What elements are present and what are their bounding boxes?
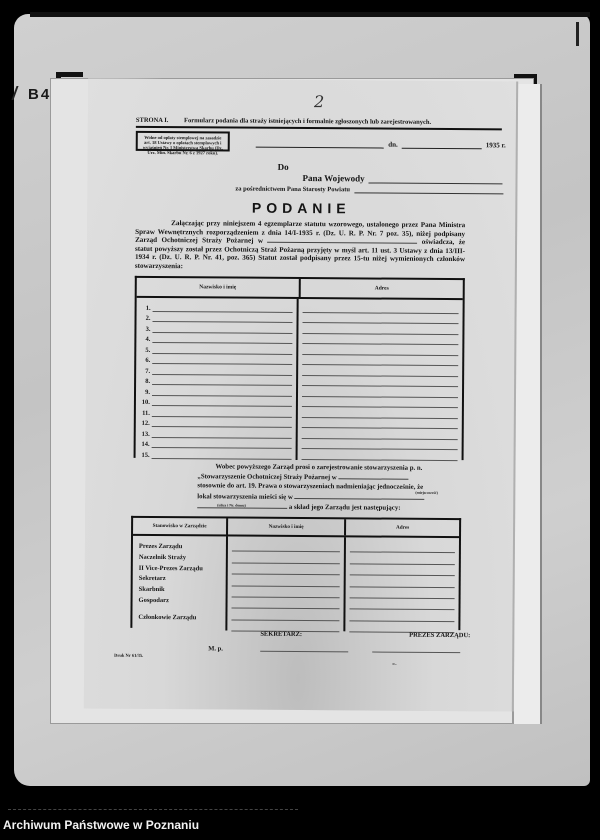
- stamp-fee-exemption-box: Wolne od opłaty stemplowej na zasadzie a…: [136, 131, 230, 152]
- member-row: 10.: [136, 395, 296, 407]
- member-row: 13.: [136, 427, 296, 439]
- edge-mark: [576, 22, 579, 46]
- addressee-starosta: za pośrednictwem Pana Starosty Powiatu: [235, 186, 503, 195]
- print-number: Druk Nr 61/35.: [114, 653, 143, 658]
- form-sheet: 2 STRONA I. Formularz podania dla straży…: [84, 79, 518, 712]
- column-header-name: Nazwisko i imię: [137, 278, 301, 297]
- date-line: dn. 1935 r.: [256, 140, 506, 150]
- column-header-position: Stanowisko w Zarządzie: [133, 518, 228, 535]
- member-row: 14.: [136, 437, 296, 449]
- document-title: PODANIE: [87, 199, 515, 218]
- film-edge-dots: [8, 808, 298, 810]
- locality-blank: [267, 237, 417, 244]
- stray-mark: =-: [392, 663, 397, 668]
- column-header-address: Adres: [346, 519, 459, 536]
- role-president: Prezes Zarządu: [139, 542, 226, 553]
- board-address-column: [345, 537, 459, 632]
- handwritten-page-number: 2: [314, 92, 324, 111]
- role-secretary: Sekretarz: [139, 574, 226, 585]
- seal-placeholder: M. p.: [208, 645, 223, 652]
- street-hint: (ulica i Nr. domu): [217, 503, 246, 507]
- year-label: 1935 r.: [486, 141, 506, 149]
- place-blank: [256, 141, 385, 149]
- page-label: STRONA I.: [136, 117, 169, 124]
- date-label: dn.: [388, 141, 398, 149]
- member-row: 15.: [136, 448, 296, 460]
- date-blank: [402, 142, 482, 150]
- body-paragraph: Załączając przy niniejszem 4 egzemplarze…: [135, 219, 465, 273]
- roles-column: Prezes Zarządu Naczelnik Straży II Vice-…: [132, 536, 228, 631]
- column-header-address: Adres: [301, 279, 463, 298]
- voivode-label: Pana Wojewody: [302, 173, 364, 183]
- archive-caption: Archiwum Państwowe w Poznaniu: [3, 818, 199, 832]
- starosta-label: za pośrednictwem Pana Starosty Powiatu: [235, 186, 350, 194]
- voivode-blank: [369, 176, 503, 184]
- board-names-column: [227, 536, 346, 631]
- member-row: 9.: [136, 385, 296, 397]
- role-treasurer: Skarbnik: [139, 585, 226, 596]
- role-vice-president: II Vice-Prezes Zarządu: [139, 563, 226, 574]
- member-row: 4.: [136, 332, 296, 344]
- president-signature-label: PREZES ZARZĄDU:: [409, 632, 470, 639]
- member-row: 5.: [136, 343, 296, 355]
- members-table: Nazwisko i imię Adres 1. 2. 3. 4. 5. 6. …: [134, 276, 465, 460]
- addressee-voivode: Pana Wojewody: [302, 173, 502, 184]
- starosta-blank: [354, 187, 503, 194]
- form-header: STRONA I. Formularz podania dla straży i…: [136, 117, 502, 131]
- member-row: 7.: [136, 364, 296, 376]
- address-column: [298, 299, 463, 461]
- role-steward: Gospodarz: [139, 596, 226, 607]
- board-label: B4: [28, 86, 51, 103]
- member-row: 11.: [136, 406, 296, 418]
- role-commander: Naczelnik Straży: [139, 553, 226, 564]
- form-title: Formularz podania dla straży istniejącyc…: [184, 117, 431, 126]
- board-table: Stanowisko w Zarządzie Nazwisko i imię A…: [130, 516, 461, 630]
- film-edge: [30, 12, 590, 17]
- member-row: 3.: [136, 322, 296, 334]
- member-row: 6.: [136, 353, 296, 365]
- column-header-name: Nazwisko i imię: [228, 518, 346, 535]
- member-row: 12.: [136, 416, 296, 428]
- addressee-to: Do: [278, 162, 289, 172]
- role-board-members: Członkowie Zarządu: [138, 613, 225, 624]
- locality-hint: (miejscowość): [415, 491, 438, 495]
- secretary-signature-label: SEKRETARZ:: [260, 631, 302, 638]
- member-row: 8.: [136, 374, 296, 386]
- signature-lines: [260, 651, 460, 653]
- signature-labels: SEKRETARZ: PREZES ZARZĄDU:: [260, 631, 470, 639]
- member-row: 2.: [137, 311, 297, 323]
- member-row: 1.: [137, 301, 297, 313]
